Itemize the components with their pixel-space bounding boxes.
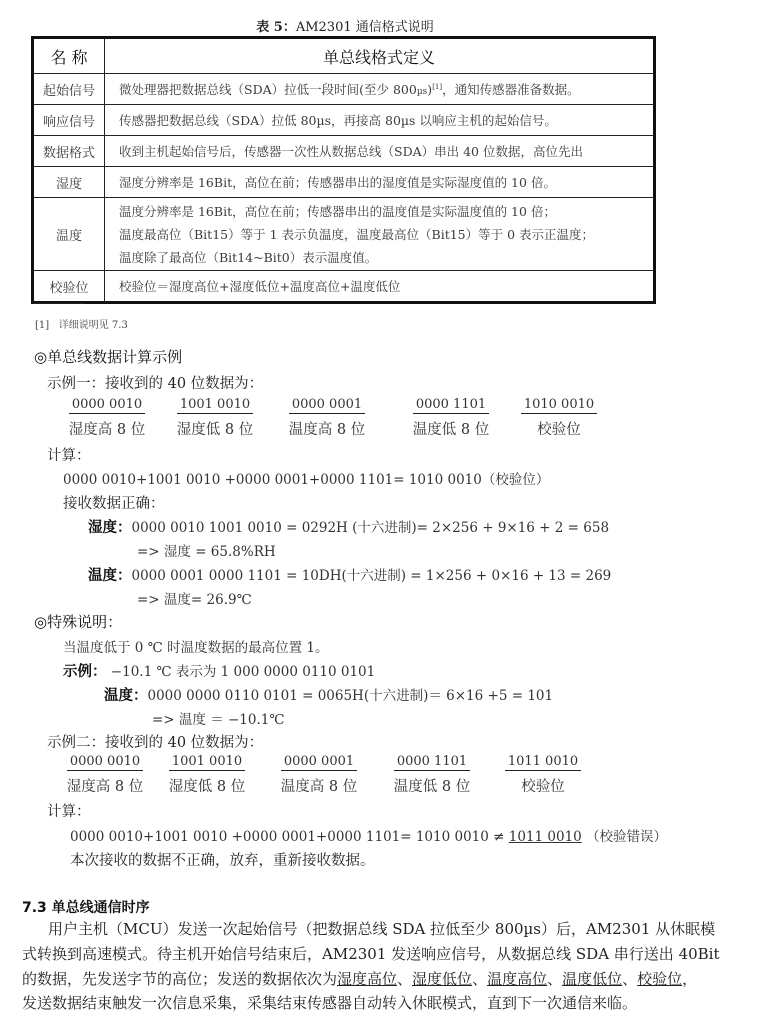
negative-temp-note: 当温度低于 0 ℃ 时温度数据的最高位置 1。 <box>63 636 328 656</box>
data-incorrect: 本次接收的数据不正确，放弃，重新接收数据。 <box>70 849 375 870</box>
humidity-calc: 湿度：0000 0010 1001 0010 = 0292H (十六进制)= 2… <box>88 516 609 537</box>
row-name: 湿度 <box>33 167 105 198</box>
row-name: 温度 <box>33 198 105 271</box>
row-name: 起始信号 <box>33 74 105 105</box>
row-name: 校验位 <box>33 271 105 303</box>
negative-example: 示例： −10.1 ℃ 表示为 1 000 0000 0110 0101 <box>63 660 375 681</box>
caption-title: AM2301 通信格式说明 <box>296 20 434 35</box>
bit-field: 0000 1101温度低 8 位 <box>406 397 496 439</box>
example2-intro: 示例二：接收到的 40 位数据为： <box>47 731 263 752</box>
table-row: 起始信号 微处理器把数据总线（SDA）拉低一段时间(至少 800µs)[1]，通… <box>33 74 655 105</box>
header-name: 名 称 <box>33 38 105 74</box>
bit-field: 1001 0010湿度低 8 位 <box>170 397 260 439</box>
para-line: 的数据，先发送字节的高位；发送的数据依次为湿度高位、湿度低位、温度高位、温度低位… <box>22 967 697 991</box>
row-name: 响应信号 <box>33 105 105 136</box>
footnote-divider <box>33 303 85 304</box>
humidity-result: => 湿度 = 65.8%RH <box>137 540 276 560</box>
row-definition: 校验位＝湿度高位+湿度低位+温度高位+温度低位 <box>105 271 655 303</box>
table-row: 校验位 校验位＝湿度高位+湿度低位+温度高位+温度低位 <box>33 271 655 303</box>
caption-prefix: 表 5： <box>256 20 296 35</box>
example1-intro: 示例一：接收到的 40 位数据为： <box>47 372 263 393</box>
row-name: 数据格式 <box>33 136 105 167</box>
format-table: 名 称 单总线格式定义 起始信号 微处理器把数据总线（SDA）拉低一段时间(至少… <box>31 36 656 304</box>
bit-field: 0000 0010湿度高 8 位 <box>60 754 150 796</box>
table-caption: 表 5：AM2301 通信格式说明 <box>0 16 690 35</box>
footnote-text: 详细说明见 7.3 <box>59 320 128 331</box>
bit-field: 1010 0010校验位 <box>514 397 604 439</box>
table-row: 数据格式 收到主机起始信号后，传感器一次性从数据总线（SDA）串出 40 位数据… <box>33 136 655 167</box>
negative-temp-result: => 温度 ＝ −10.1℃ <box>152 708 284 728</box>
para-line: 式转换到高速模式。待主机开始信号结束后，AM2301 发送响应信号，从数据总线 … <box>22 942 720 966</box>
data-correct: 接收数据正确： <box>63 492 165 513</box>
footnote: [1] 详细说明见 7.3 <box>35 316 128 331</box>
row-definition: 收到主机起始信号后，传感器一次性从数据总线（SDA）串出 40 位数据，高位先出 <box>105 136 655 167</box>
temperature-calc: 温度：0000 0001 0000 1101 = 10DH(十六进制) = 1×… <box>88 564 611 585</box>
checksum-error-calc: 0000 0010+1001 0010 +0000 0001+0000 1101… <box>70 825 667 845</box>
row-definition: 微处理器把数据总线（SDA）拉低一段时间(至少 800µs)[1]，通知传感器准… <box>105 74 655 105</box>
negative-temp-calc: 温度：0000 0000 0110 0101 = 0065H(十六进制)＝ 6×… <box>104 684 553 705</box>
row-definition: 传感器把数据总线（SDA）拉低 80µs，再接高 80µs 以响应主机的起始信号… <box>105 105 655 136</box>
bit-field: 0000 1101温度低 8 位 <box>387 754 477 796</box>
bit-field: 1001 0010湿度低 8 位 <box>162 754 252 796</box>
footnote-marker: [1] <box>35 320 49 331</box>
table-row: 湿度 湿度分辨率是 16Bit，高位在前；传感器串出的湿度值是实际湿度值的 10… <box>33 167 655 198</box>
row-definition: 湿度分辨率是 16Bit，高位在前；传感器串出的湿度值是实际湿度值的 10 倍。 <box>105 167 655 198</box>
footnote-ref[interactable]: [1] <box>432 83 442 91</box>
bit-field: 0000 0010湿度高 8 位 <box>62 397 152 439</box>
section-heading-7-3: 7.3 单总线通信时序 <box>22 897 150 917</box>
table-header-row: 名 称 单总线格式定义 <box>33 38 655 74</box>
header-definition: 单总线格式定义 <box>105 38 655 74</box>
section-heading-calc-example: ◎单总线数据计算示例 <box>34 346 182 367</box>
row-definition: 温度分辨率是 16Bit，高位在前；传感器串出的温度值是实际温度值的 10 倍；… <box>105 198 655 271</box>
bit-field: 0000 0001温度高 8 位 <box>282 397 372 439</box>
temperature-result: => 温度= 26.9℃ <box>137 588 252 608</box>
section-heading-special-note: ◎特殊说明： <box>34 611 122 632</box>
table-row: 响应信号 传感器把数据总线（SDA）拉低 80µs，再接高 80µs 以响应主机… <box>33 105 655 136</box>
bit-field: 0000 0001温度高 8 位 <box>274 754 364 796</box>
table-row: 温度 温度分辨率是 16Bit，高位在前；传感器串出的温度值是实际温度值的 10… <box>33 198 655 271</box>
para-line: 用户主机（MCU）发送一次起始信号（把数据总线 SDA 拉低至少 800µs）后… <box>48 917 715 941</box>
para-line: 发送数据结束触发一次信息采集，采集结束传感器自动转入休眠模式，直到下一次通信来临… <box>22 991 637 1015</box>
bit-field: 1011 0010校验位 <box>498 754 588 796</box>
calc-label: 计算： <box>47 444 91 465</box>
calc-label-2: 计算： <box>47 800 91 821</box>
checksum-calc: 0000 0010+1001 0010 +0000 0001+0000 1101… <box>63 468 549 488</box>
